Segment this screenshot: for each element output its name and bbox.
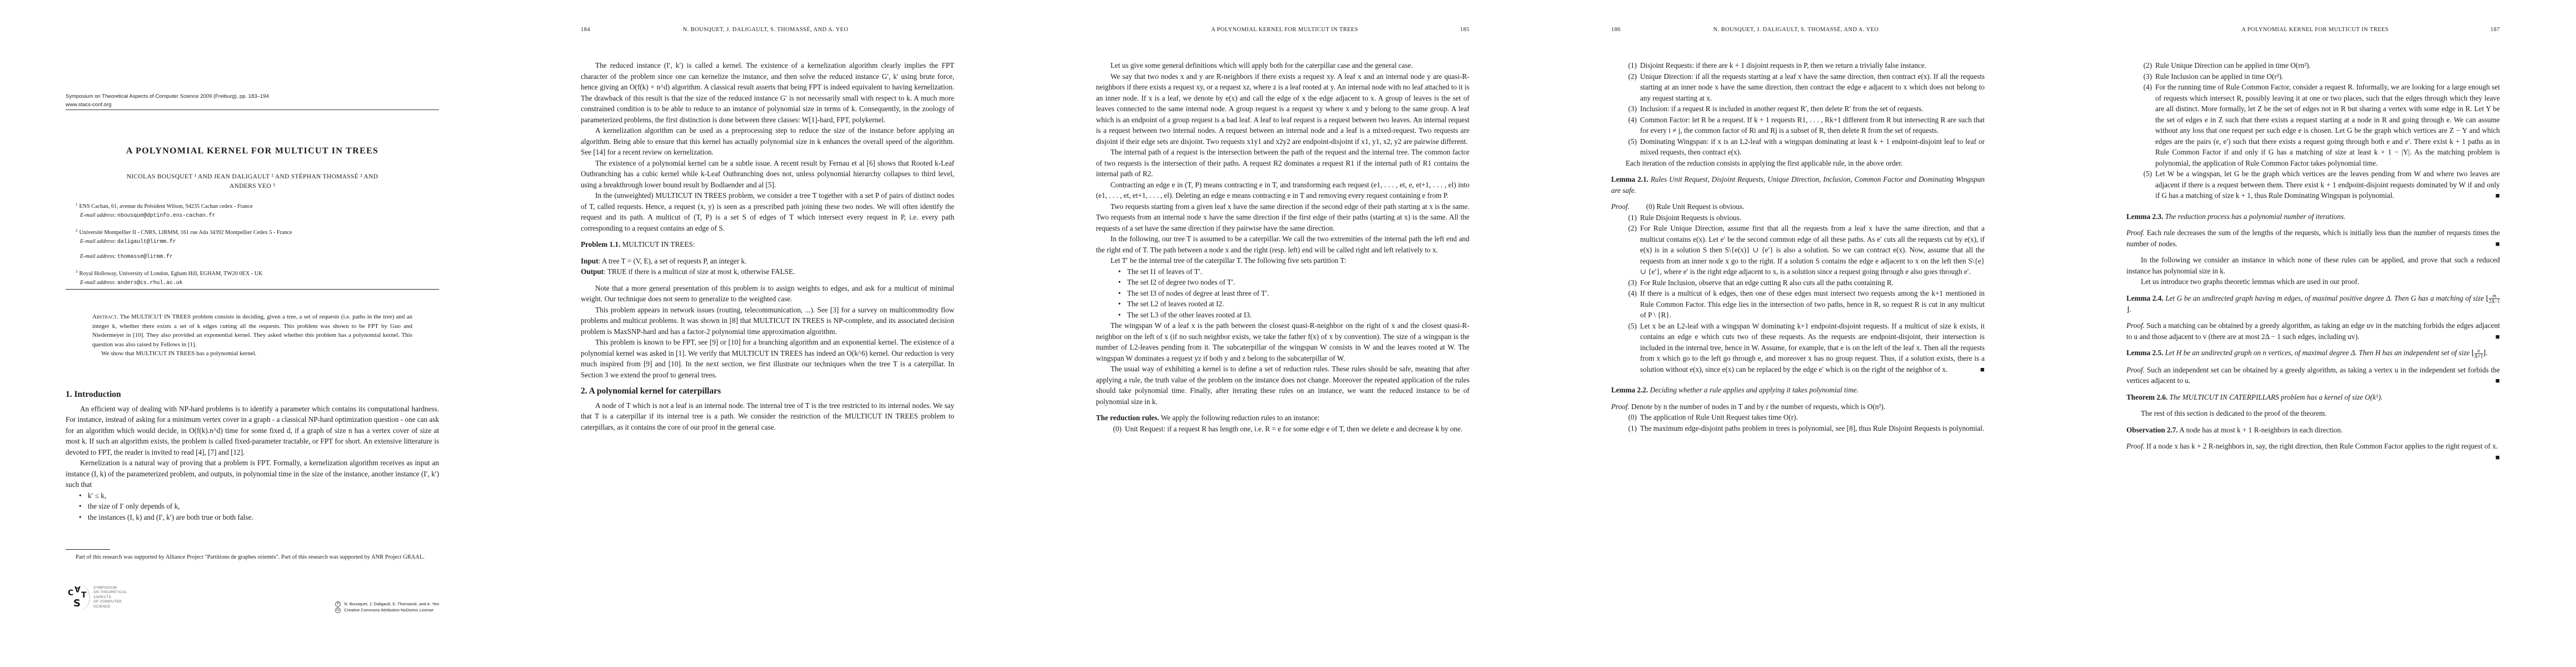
list-item: the instances (I, k) and (I′, k′) are bo… — [88, 512, 439, 523]
rule-item: (3)Inclusion: if a request R is included… — [1611, 103, 1985, 115]
venue-info: Symposium on Theoretical Aspects of Comp… — [66, 92, 269, 109]
affiliation-2: 2Université Montpellier II - CNRS, LIRMM… — [76, 226, 431, 246]
license-block: ©N. Bousquet, J. Daligault, S. Thomassé,… — [335, 601, 439, 613]
proof-lemma-2-3: Proof. Each rule decreases the sum of th… — [2126, 227, 2500, 249]
page-183: Symposium on Theoretical Aspects of Comp… — [0, 0, 515, 667]
stacs-logo-icon: C A T S — [66, 583, 90, 612]
running-head: 184 N. BOUSQUET, J. DALIGAULT, S. THOMAS… — [581, 27, 954, 33]
list-item: the size of I′ only depends of k, — [88, 501, 439, 512]
venue-line: Symposium on Theoretical Aspects of Comp… — [66, 92, 269, 101]
lemma-2-1: Lemma 2.1. Rules Unit Request, Disjoint … — [1611, 174, 1985, 196]
abstract-label: Abstract. — [92, 313, 118, 320]
proof-item: (2)For Rule Unique Direction, assume fir… — [1611, 223, 1985, 277]
affiliation-number: 2 — [76, 228, 78, 233]
list-item: The set L3 of the other leaves rooted at… — [1127, 310, 1469, 321]
paragraph: Contracting an edge e in (T, P) means co… — [1096, 180, 1469, 201]
proof-item: (2)Rule Unique Direction can be applied … — [2126, 60, 2500, 71]
venue-url[interactable]: www.stacs-conf.org — [66, 101, 269, 109]
proof-item: (0)The application of Rule Unit Request … — [1611, 412, 1985, 423]
proof-item: (4)For the running time of Rule Common F… — [2126, 82, 2500, 168]
license-name[interactable]: Creative Commons Attribution-NoDerivs Li… — [344, 608, 434, 613]
qed-symbol: ■ — [2495, 331, 2500, 342]
email-link[interactable]: daligault@lirmm.fr — [117, 238, 176, 245]
paragraph: Let T′ be the internal tree of the cater… — [1096, 255, 1469, 266]
page-186: 186 N. BOUSQUET, J. DALIGAULT, S. THOMAS… — [1546, 0, 2061, 667]
theorem-2-6: Theorem 2.6. The MULTICUT IN CATERPILLAR… — [2126, 392, 2500, 403]
creative-commons-icon: cc — [335, 608, 341, 613]
proof-lemma-2-2: Proof. Denote by n the number of nodes i… — [1611, 401, 1985, 412]
running-head-title: A POLYNOMIAL KERNEL FOR MULTICUT IN TREE… — [2140, 27, 2490, 33]
section-heading: 2. A polynomial kernel for caterpillars — [581, 386, 954, 397]
proof-item: (1)The maximum edge-disjoint paths probl… — [1611, 423, 1985, 434]
page-number: 185 — [1460, 27, 1469, 33]
qed-symbol: ■ — [2495, 190, 2500, 201]
paragraph: A kernelization algorithm can be used as… — [581, 125, 954, 158]
email-label: E-mail address — [80, 280, 114, 286]
list-item: The set I2 of degree two nodes of T′. — [1127, 277, 1469, 288]
problem-input: Input: A tree T = (V, E), a set of reque… — [581, 256, 954, 267]
copyright-holders: N. Bousquet, J. Daligault, S. Thomassé, … — [344, 601, 439, 606]
problem-output: Output: TRUE if there is a multicut of s… — [581, 266, 954, 277]
page-185: A POLYNOMIAL KERNEL FOR MULTICUT IN TREE… — [1030, 0, 1546, 667]
email-link[interactable]: anders@cs.rhul.ac.uk — [117, 280, 183, 286]
page-body: Let us give some general definitions whi… — [1096, 60, 1469, 434]
page-184: 184 N. BOUSQUET, J. DALIGAULT, S. THOMAS… — [515, 0, 1030, 667]
lemma-2-2: Lemma 2.2. Deciding whether a rule appli… — [1611, 385, 1985, 396]
paper-title: A POLYNOMIAL KERNEL FOR MULTICUT IN TREE… — [66, 146, 439, 156]
author-list: NICOLAS BOUSQUET ¹ AND JEAN DALIGAULT ² … — [66, 172, 439, 191]
kernel-conditions-list: k′ ≤ k, the size of I′ only depends of k… — [66, 490, 439, 523]
affiliation-number: 1 — [76, 202, 78, 207]
lemma-2-4: Lemma 2.4. Let G be an undirected graph … — [2126, 293, 2500, 315]
introduction: 1. Introduction An efficient way of deal… — [66, 384, 439, 522]
affiliation-address: Université Montpellier II - CNRS, LIRMM,… — [79, 230, 292, 236]
proof-item: (4)If there is a multicut of k edges, th… — [1611, 288, 1985, 321]
abstract-rule — [66, 289, 439, 290]
paragraph: The usual way of exhibiting a kernel is … — [1096, 364, 1469, 407]
header-rule — [66, 109, 439, 110]
proof-lemma-2-4: Proof. Such a matching can be obtained b… — [2126, 320, 2500, 342]
partition-list: The set I1 of leaves of T′. The set I2 o… — [1096, 266, 1469, 321]
paragraph: Note that a more general presentation of… — [581, 283, 954, 305]
page-body: (1)Disjoint Requests: if there are k + 1… — [1611, 60, 1985, 434]
problem-statement: Problem 1.1. MULTICUT IN TREES: — [581, 239, 954, 250]
abstract-text: The MULTICUT IN TREES problem consists i… — [92, 313, 412, 348]
paragraph: A node of T which is not a leaf is an in… — [581, 400, 954, 433]
footnote: Part of this research was supported by A… — [66, 553, 439, 563]
paragraph: The internal path of a request is the in… — [1096, 147, 1469, 180]
rule-item: (1)Disjoint Requests: if there are k + 1… — [1611, 60, 1985, 71]
rule-item: (4)Common Factor: let R be a request. If… — [1611, 115, 1985, 136]
rules-intro: The reduction rules. We apply the follow… — [1096, 412, 1469, 424]
email-label: E-mail address — [80, 212, 114, 218]
lemma-2-3: Lemma 2.3. The reduction process has a p… — [2126, 211, 2500, 222]
abstract: Abstract. The MULTICUT IN TREES problem … — [92, 312, 412, 359]
list-item: The set I3 of nodes of degree at least t… — [1127, 288, 1469, 299]
paragraph: In the following, our tree T is assumed … — [1096, 233, 1469, 255]
paragraph: The rest of this section is dedicated to… — [2126, 408, 2500, 419]
list-item: k′ ≤ k, — [88, 490, 439, 501]
affiliation-3: 3Royal Holloway, University of London, E… — [76, 267, 431, 287]
paragraph: The wingspan W of a leaf x is the path b… — [1096, 320, 1469, 364]
rule-item: (0)Unit Request: if a request R has leng… — [1096, 424, 1469, 435]
paragraph: We say that two nodes x and y are R-neig… — [1096, 71, 1469, 147]
proof-item: (3)For Rule Inclusion, observe that an e… — [1611, 277, 1985, 288]
rule-item: (2)Unique Direction: if all the requests… — [1611, 71, 1985, 104]
page-number: 186 — [1611, 27, 1621, 33]
qed-symbol: ■ — [2495, 238, 2500, 250]
paragraph: In the (unweighted) MULTICUT IN TREES pr… — [581, 190, 954, 233]
proof-lemma-2-1: Proof.(0) Rule Unit Request is obvious. — [1611, 201, 1985, 212]
lemma-2-5: Lemma 2.5. Let H be an undirected graph … — [2126, 347, 2500, 359]
paragraph: The existence of a polynomial kernel can… — [581, 158, 954, 191]
running-head: A POLYNOMIAL KERNEL FOR MULTICUT IN TREE… — [2126, 27, 2500, 33]
email-label: E-mail address — [80, 238, 114, 245]
affiliation-address: ENS Cachan, 61, avenue du Président Wils… — [79, 203, 253, 210]
qed-symbol: ■ — [2495, 375, 2500, 386]
email-link[interactable]: nbousque@dptinfo.ens-cachan.fr — [117, 212, 215, 218]
affiliation-1: 1ENS Cachan, 61, avenue du Président Wil… — [76, 200, 431, 220]
copyright-icon: © — [335, 601, 341, 607]
authors-line: ANDERS YEO ³ — [66, 182, 439, 191]
stacs-logo-text: SYMPOSIUM ON THEORETICAL ASPECTS OF COMP… — [93, 586, 127, 610]
paragraph: Each iteration of the reduction consists… — [1611, 158, 1985, 169]
page-number: 184 — [581, 27, 590, 33]
rule-item: (5)Dominating Wingspan: if x is an L2-le… — [1611, 136, 1985, 158]
paragraph: This problem is known to be FPT, see [9]… — [581, 337, 954, 380]
paragraph: An efficient way of dealing with NP-hard… — [66, 404, 439, 458]
proof-item: (5)Let x be an L2-leaf with a wingspan W… — [1611, 321, 1985, 375]
list-item: The set I1 of leaves of T′. — [1127, 266, 1469, 277]
paragraph: The reduced instance (I′, k′) is called … — [581, 60, 954, 125]
affiliation-number: 3 — [76, 270, 78, 274]
affiliation-address: Royal Holloway, University of London, Eg… — [79, 271, 263, 277]
section-heading: 1. Introduction — [66, 389, 439, 400]
page-body: (2)Rule Unique Direction can be applied … — [2126, 60, 2500, 462]
affiliation-2b: E-mail address: thomasse@lirmm.fr — [76, 252, 431, 261]
stacs-logo: C A T S SYMPOSIUM ON THEORETICAL ASPECTS… — [66, 583, 182, 613]
paragraph: Kernelization is a natural way of provin… — [66, 457, 439, 490]
observation-2-7: Observation 2.7. A node has at most k + … — [2126, 425, 2500, 436]
proof-item: (3)Rule Inclusion can be applied in time… — [2126, 71, 2500, 82]
paragraph: Let us give some general definitions whi… — [1096, 60, 1469, 71]
abstract-text-2: We show that MULTICUT IN TREES has a pol… — [92, 349, 412, 359]
proof-lemma-2-5: Proof. Such an independent set can be ob… — [2126, 365, 2500, 386]
affiliations: 1ENS Cachan, 61, avenue du Président Wil… — [76, 200, 431, 293]
page-number: 187 — [2490, 27, 2500, 33]
running-head-title: N. BOUSQUET, J. DALIGAULT, S. THOMASSÉ, … — [1621, 27, 1971, 33]
footnote-text: Part of this research was supported by A… — [66, 553, 439, 563]
proof-observation-2-7: Proof. If a node x has k + 2 R-neighbors… — [2126, 441, 2500, 452]
page-body: The reduced instance (I′, k′) is called … — [581, 60, 954, 432]
paragraph: Let us introduce two graphs theoretic le… — [2126, 276, 2500, 287]
list-item: The set L2 of leaves rooted at I2. — [1127, 298, 1469, 310]
footnote-rule — [66, 549, 110, 550]
qed-symbol: ■ — [2495, 452, 2500, 463]
email-label: E-mail address — [80, 253, 114, 260]
paragraph: In the following we consider an instance… — [2126, 255, 2500, 276]
running-head: A POLYNOMIAL KERNEL FOR MULTICUT IN TREE… — [1096, 27, 1469, 33]
page-187: A POLYNOMIAL KERNEL FOR MULTICUT IN TREE… — [2061, 0, 2576, 667]
authors-line: NICOLAS BOUSQUET ¹ AND JEAN DALIGAULT ² … — [66, 172, 439, 182]
email-link[interactable]: thomasse@lirmm.fr — [117, 253, 173, 260]
running-head: 186 N. BOUSQUET, J. DALIGAULT, S. THOMAS… — [1611, 27, 1985, 33]
proof-item: (1)Rule Disjoint Requests is obvious. — [1611, 212, 1985, 223]
running-head-title: N. BOUSQUET, J. DALIGAULT, S. THOMASSÉ, … — [590, 27, 941, 33]
paragraph: Two requests starting from a given leaf … — [1096, 201, 1469, 234]
qed-symbol: ■ — [1980, 364, 1985, 375]
running-head-title: A POLYNOMIAL KERNEL FOR MULTICUT IN TREE… — [1109, 27, 1460, 33]
paragraph: This problem appears in network issues (… — [581, 305, 954, 337]
proof-item: (5)Let W be a wingspan, let G be the gra… — [2126, 168, 2500, 201]
